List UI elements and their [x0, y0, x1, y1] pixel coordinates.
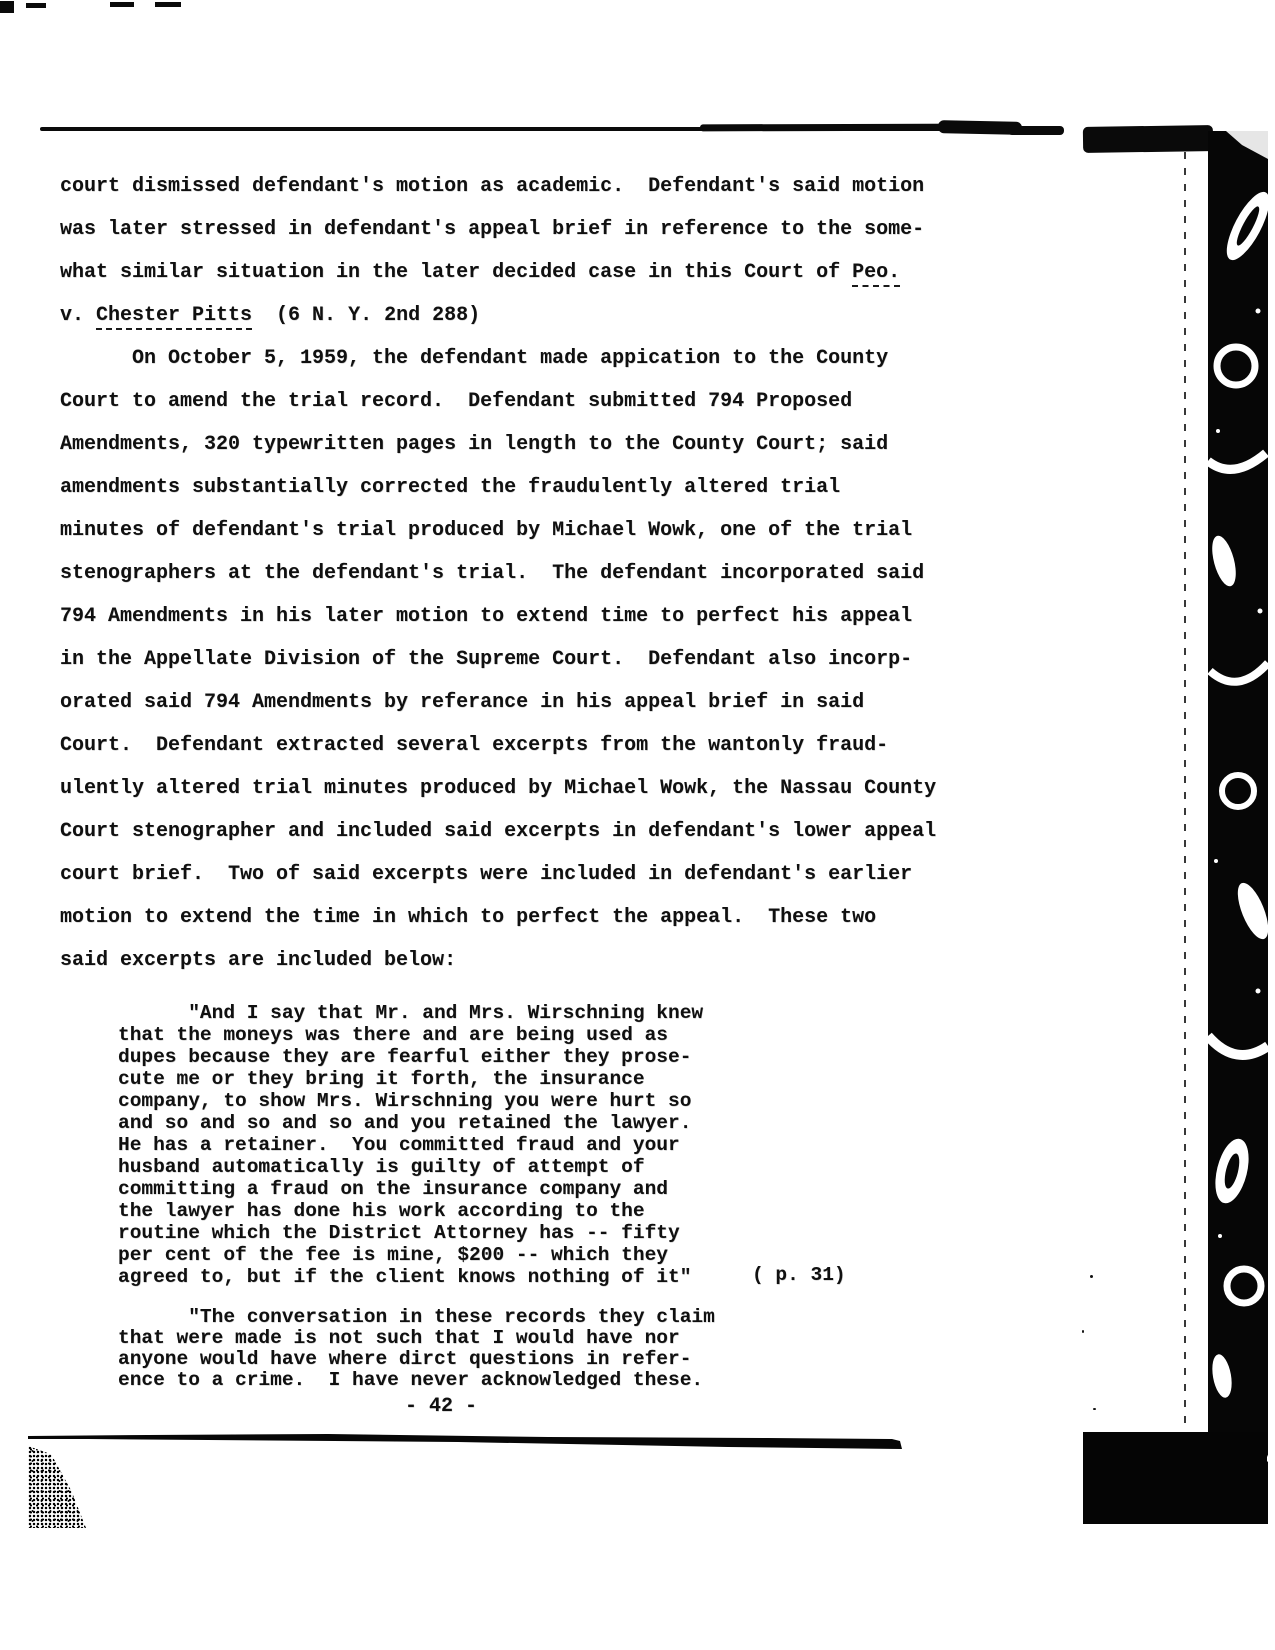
scan-speck: [110, 2, 134, 7]
scan-speck: [1090, 1275, 1093, 1278]
body-line-citation-lead: what similar situation in the later deci…: [60, 251, 900, 294]
top-rule-thick-segment: [700, 124, 968, 132]
scan-smudge: [28, 1446, 86, 1528]
scan-binding-strip: [1208, 131, 1268, 1524]
body-line-citation: v. Chester Pitts (6 N. Y. 2nd 288): [60, 294, 480, 337]
page-number: - 42 -: [405, 1395, 477, 1419]
bottom-rule: [28, 1432, 908, 1454]
body-paragraph-1: court dismissed defendant's motion as ac…: [60, 165, 924, 251]
excerpt-1-page-reference: ( p. 31): [752, 1264, 846, 1286]
excerpt-block-2: "The conversation in these records they …: [118, 1307, 715, 1391]
scan-black-block: [1083, 1432, 1267, 1524]
excerpt-block-1: "And I say that Mr. and Mrs. Wirschning …: [118, 1002, 703, 1288]
case-citation-peo: Peo.: [852, 261, 900, 287]
scan-speck: [1093, 1408, 1096, 1410]
scanned-court-document: { "page": { "body": { "para1_lines": [ "…: [0, 0, 1275, 1650]
scan-speck: [155, 2, 181, 7]
page-fold-dashed-line: [1184, 152, 1186, 1430]
scan-speck: [0, 1, 14, 13]
case-citation-chester-pitts: Chester Pitts: [96, 304, 252, 330]
scan-blot: [1083, 125, 1213, 153]
body-paragraph-2: On October 5, 1959, the defendant made a…: [60, 337, 936, 982]
citation-v-text: v.: [60, 304, 96, 327]
citation-reporter-text: (6 N. Y. 2nd 288): [252, 304, 480, 327]
scan-speck: [1082, 1330, 1084, 1333]
citation-lead-text: what similar situation in the later deci…: [60, 261, 852, 284]
scan-blot: [1008, 126, 1064, 135]
scan-speck: [26, 3, 46, 8]
